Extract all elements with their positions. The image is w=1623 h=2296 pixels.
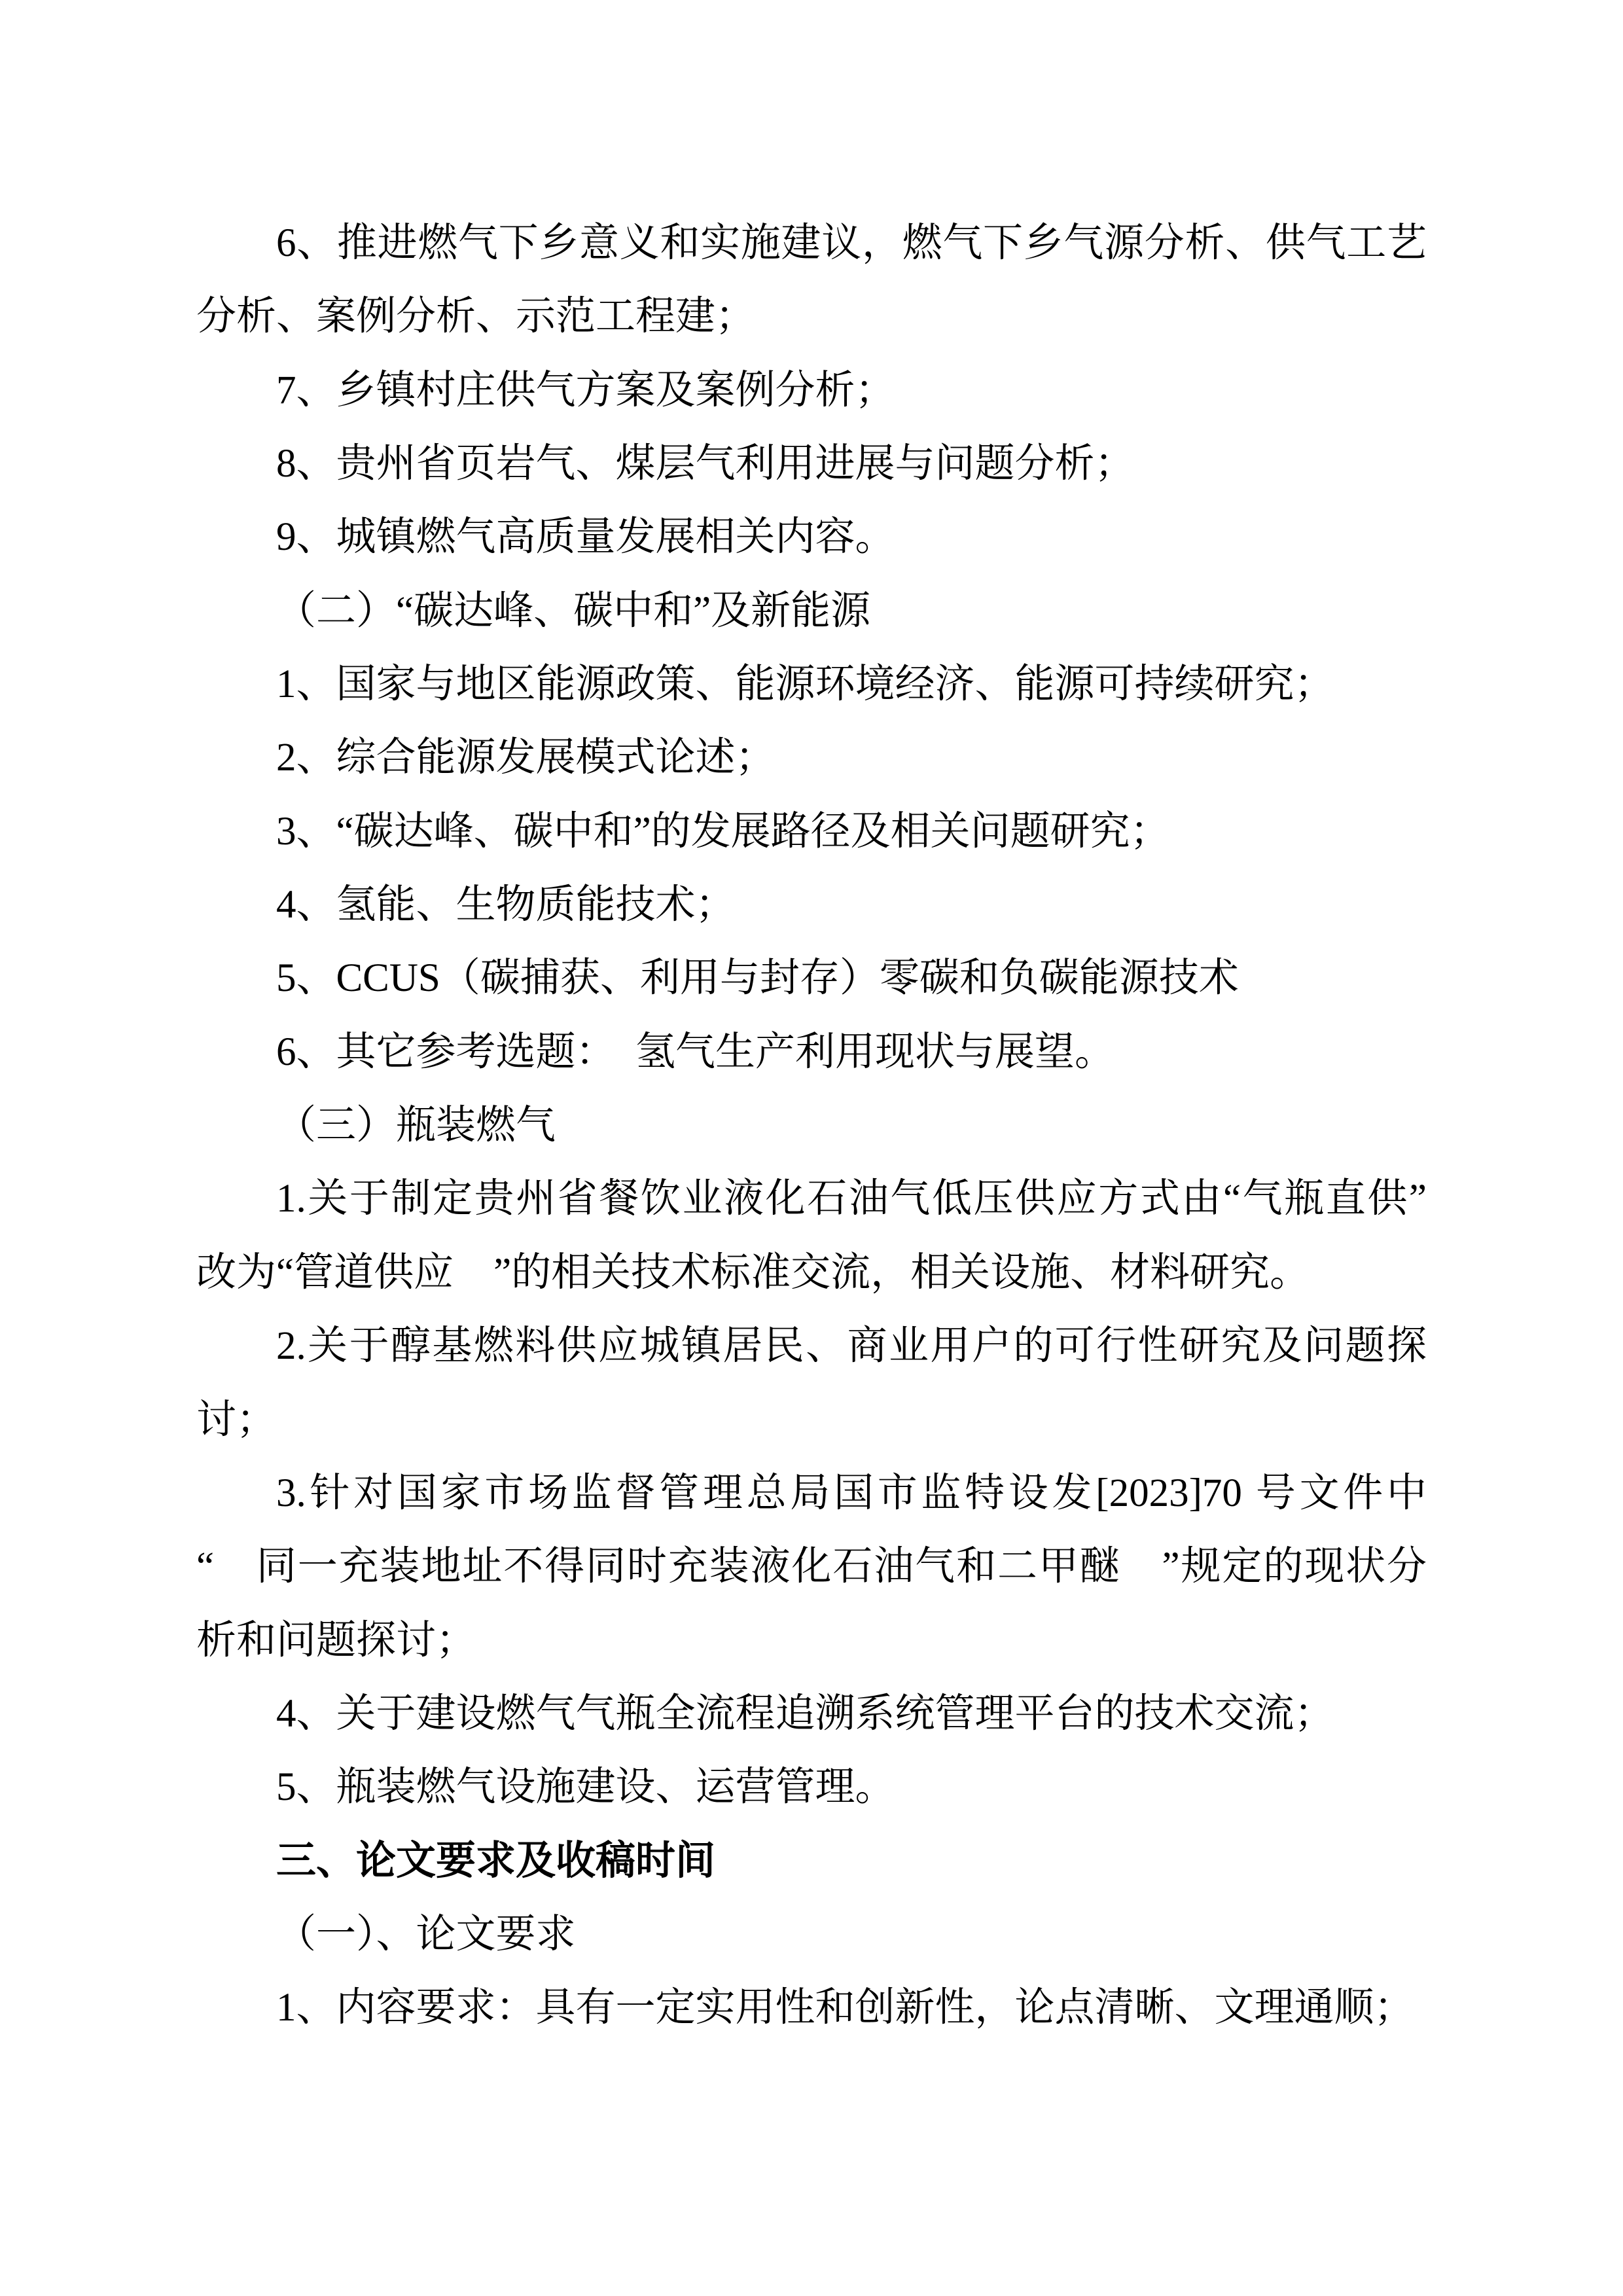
sec2-heading: （二）“碳达峰、碳中和”及新能源 — [196, 575, 1427, 648]
sec2-item2: 2、综合能源发展模式论述； — [196, 721, 1427, 795]
part3-sub1-heading: （一）、论文要求 — [196, 1898, 1427, 1971]
sec3-item5: 5、瓶装燃气设施建设、运营管理。 — [196, 1751, 1427, 1824]
sec3-item3-line2: “ 同一充装地址不得同时充装液化石油气和二甲醚 ”规定的现状分 — [196, 1530, 1427, 1604]
document-text-block: 6、推进燃气下乡意义和实施建议，燃气下乡气源分析、供气工艺 分析、案例分析、示范… — [196, 207, 1427, 2045]
sec3-item1-line2: 改为“管道供应 ”的相关技术标准交流，相关设施、材料研究。 — [196, 1236, 1427, 1310]
sec2-item6: 6、其它参考选题： 氢气生产利用现状与展望。 — [196, 1016, 1427, 1089]
sec3-item2-line1: 2.关于醇基燃料供应城镇居民、商业用户的可行性研究及问题探 — [196, 1310, 1427, 1383]
sec1-item6-line1: 6、推进燃气下乡意义和实施建议，燃气下乡气源分析、供气工艺 — [196, 207, 1427, 280]
sec1-item6-line2: 分析、案例分析、示范工程建； — [196, 280, 1427, 353]
part3-item1: 1、内容要求：具有一定实用性和创新性，论点清晰、文理通顺； — [196, 1971, 1427, 2045]
sec3-item3-line1: 3.针对国家市场监督管理总局国市监特设发[2023]70 号文件中 — [196, 1457, 1427, 1530]
sec2-item3: 3、“碳达峰、碳中和”的发展路径及相关问题研究； — [196, 795, 1427, 869]
sec3-item3-line3: 析和问题探讨； — [196, 1604, 1427, 1677]
sec3-item2-line2: 讨； — [196, 1384, 1427, 1457]
sec1-item8: 8、贵州省页岩气、煤层气利用进展与问题分析； — [196, 427, 1427, 501]
part3-heading: 三、论文要求及收稿时间 — [196, 1825, 1427, 1898]
sec1-item7: 7、乡镇村庄供气方案及案例分析； — [196, 354, 1427, 427]
sec3-item1-line1: 1.关于制定贵州省餐饮业液化石油气低压供应方式由“气瓶直供” — [196, 1162, 1427, 1236]
sec2-item1: 1、国家与地区能源政策、能源环境经济、能源可持续研究； — [196, 648, 1427, 721]
sec3-heading: （三）瓶装燃气 — [196, 1089, 1427, 1162]
sec3-item4: 4、关于建设燃气气瓶全流程追溯系统管理平台的技术交流； — [196, 1677, 1427, 1751]
sec2-item4: 4、氢能、生物质能技术； — [196, 869, 1427, 942]
sec2-item5: 5、CCUS（碳捕获、利用与封存）零碳和负碳能源技术 — [196, 942, 1427, 1015]
document-page: 6、推进燃气下乡意义和实施建议，燃气下乡气源分析、供气工艺 分析、案例分析、示范… — [0, 0, 1623, 2296]
sec1-item9: 9、城镇燃气高质量发展相关内容。 — [196, 501, 1427, 574]
